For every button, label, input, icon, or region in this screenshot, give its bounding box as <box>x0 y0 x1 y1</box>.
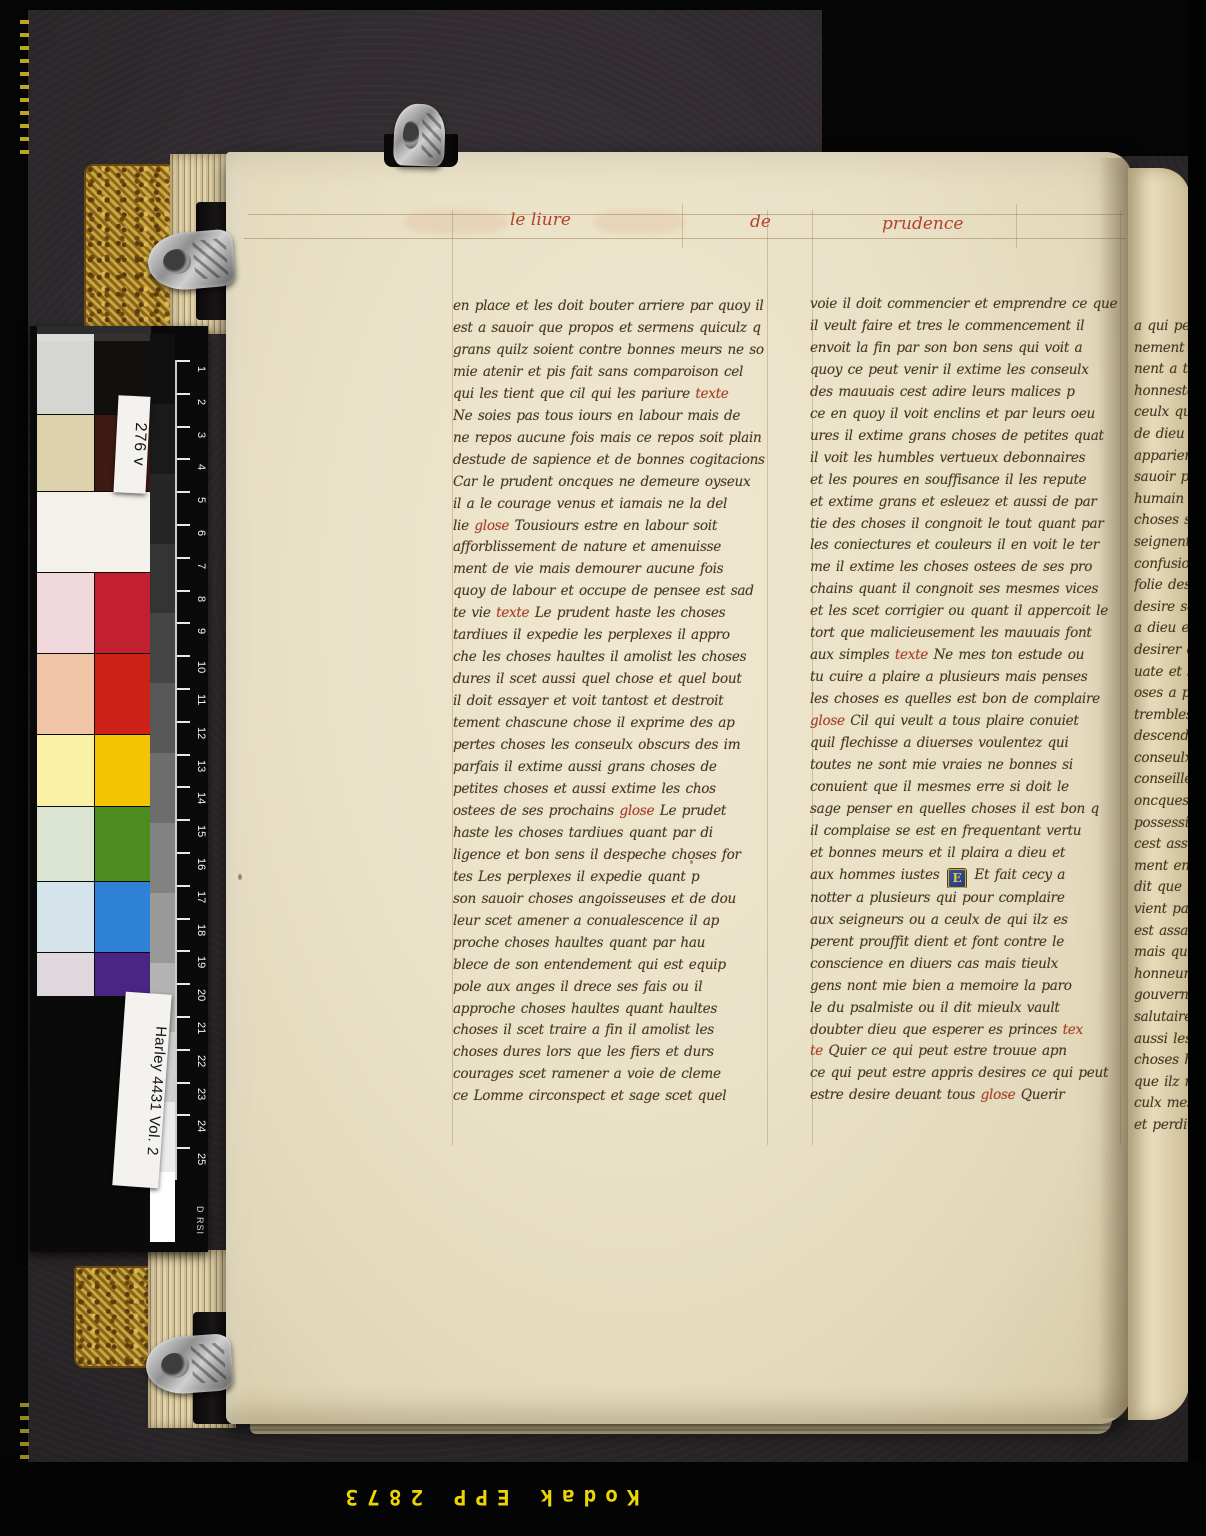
gray-step <box>150 404 175 474</box>
manuscript-line: pertes choses les conseulx obscurs des i… <box>453 735 767 757</box>
manuscript-line: aux simples texte Ne mes ton estude ou <box>810 645 1126 667</box>
ruler-tick <box>177 852 190 854</box>
rubric-word: tex <box>1063 1022 1083 1038</box>
manuscript-line: quil flechisse a diuerses voulentez qui <box>810 733 1126 755</box>
ruler-number: 23 <box>195 1088 207 1100</box>
manuscript-line: confusion et a <box>1134 554 1190 576</box>
ruler-unit: 25 <box>177 1147 210 1180</box>
rubric-word: glose <box>810 713 845 729</box>
manuscript-line: te vie texte Le prudent haste les choses <box>453 603 767 625</box>
ruler-tick <box>177 885 190 887</box>
manuscript-line: culx mesmes <box>1134 1093 1190 1115</box>
manuscript-line: petites choses et aussi extime les chos <box>453 779 767 801</box>
ruler-number: 7 <box>195 563 207 569</box>
manuscript-line: me il extime les choses ostees de ses pr… <box>810 557 1126 579</box>
ruled-line <box>1016 204 1017 248</box>
color-patch-row <box>37 492 151 572</box>
ruler-tick <box>177 950 190 952</box>
manuscript-line: dit que la de <box>1134 877 1190 899</box>
manuscript-line: envoit la fin par son bon sens qui voit … <box>810 338 1126 360</box>
illuminated-initial: E <box>948 869 966 888</box>
ruler-tick <box>177 721 190 723</box>
ruler-number: 16 <box>195 858 207 870</box>
manuscript-line: gouverne pr <box>1134 985 1190 1007</box>
ruler-tick <box>177 458 190 460</box>
ruled-line <box>248 214 1124 215</box>
ruler-unit: 4 <box>177 458 210 491</box>
ruler-number: 25 <box>195 1153 207 1165</box>
rubric-word: texte <box>496 605 529 621</box>
manuscript-line: toutes ne sont mie vraies ne bonnes si <box>810 755 1126 777</box>
manuscript-line: Car le prudent oncques ne demeure oyseux <box>453 472 767 494</box>
manuscript-line: est a sauoir que propos et sermens quicu… <box>453 318 767 340</box>
ruler-unit: 9 <box>177 622 210 655</box>
manuscript-line: doubter dieu que esperer es princes tex <box>810 1020 1126 1042</box>
ruler-number: 21 <box>195 1022 207 1034</box>
manuscript-line: possession dit <box>1134 813 1190 835</box>
manuscript-line: aux seigneurs ou a ceulx de qui ilz es <box>810 910 1126 932</box>
manuscript-line: honneurs soit <box>1134 964 1190 986</box>
running-title-mid: de <box>750 212 771 232</box>
manuscript-line: sauoir parfons <box>1134 467 1190 489</box>
manuscript-line: quoy de labour et occupe de pensee est s… <box>453 581 767 603</box>
manuscript-line: ment de vie mais demourer aucune fois <box>453 559 767 581</box>
manuscript-line: il veult faire et tres le commencement i… <box>810 316 1126 338</box>
manuscript-line: son sauoir choses angoisseuses et de dou <box>453 889 767 911</box>
manuscript-line: Ne soies pas tous iours en labour mais d… <box>453 406 767 428</box>
manuscript-line: salutaires a s <box>1134 1007 1190 1029</box>
ruler-unit: 5 <box>177 491 210 524</box>
gray-step <box>150 753 175 823</box>
gutter-shadow <box>1098 158 1130 1418</box>
color-patch <box>95 573 152 653</box>
ruler-unit: 20 <box>177 983 210 1016</box>
manuscript-line: courages scet ramener a voie de cleme <box>453 1064 767 1086</box>
manuscript-line: tement chascune chose il exprime des ap <box>453 713 767 735</box>
color-patch-row <box>37 654 151 734</box>
ruler-unit: 17 <box>177 885 210 918</box>
manuscript-line: conseulx salut <box>1134 748 1190 770</box>
manuscript-line: dures il scet aussi quel chose et quel b… <box>453 669 767 691</box>
ruler-unit: 10 <box>177 655 210 688</box>
ruler-unit: 3 <box>177 426 210 459</box>
color-patch <box>37 573 94 653</box>
manuscript-line: afforblissement de nature et amenuisse <box>453 537 767 559</box>
manuscript-line: oncques on ne <box>1134 791 1190 813</box>
rubric-word: glose <box>474 518 509 534</box>
ruler-tick <box>177 1049 190 1051</box>
ruler-number: 20 <box>195 989 207 1001</box>
ruler-number: 14 <box>195 792 207 804</box>
ruler-number: 19 <box>195 956 207 968</box>
rubric-word: texte <box>695 386 728 402</box>
ruler-unit: 11 <box>177 688 210 721</box>
rubric-word: te <box>810 1043 823 1059</box>
manuscript-line: sage penser en quelles choses il est bon… <box>810 799 1126 821</box>
color-patch-row <box>37 735 151 806</box>
manuscript-line: vient par for <box>1134 899 1190 921</box>
manuscript-line: quoy ce peut venir il extime les conseul… <box>810 360 1126 382</box>
manuscript-line: en place et les doit bouter arriere par … <box>453 296 767 318</box>
manuscript-line: parfais il extime aussi grans choses de <box>453 757 767 779</box>
ruler-tick <box>177 1147 190 1149</box>
film-frame-edge <box>1188 0 1206 1536</box>
manuscript-line: choses dures lors que les fiers et durs <box>453 1042 767 1064</box>
manuscript-line: notter a plusieurs qui pour complaire <box>810 888 1126 910</box>
manuscript-line: folie desirer c <box>1134 575 1190 597</box>
ruler-unit: 14 <box>177 786 210 819</box>
color-patch <box>37 735 94 806</box>
manuscript-line: et bonnes meurs et il plaira a dieu et <box>810 843 1126 865</box>
metal-clip-top <box>393 103 446 167</box>
manuscript-line: des mauuais cest adire leurs malices p <box>810 382 1126 404</box>
manuscript-line: te Quier ce qui peut estre trouue apn <box>810 1041 1126 1063</box>
ruler-unit: 24 <box>177 1114 210 1147</box>
manuscript-line: il voit les humbles vertueux debonnaires <box>810 448 1126 470</box>
manuscript-page-276v: le liure de prudence en place et les doi… <box>226 152 1132 1424</box>
color-patch-row <box>37 882 151 952</box>
ruler-number: 12 <box>195 727 207 739</box>
color-patch <box>95 882 152 952</box>
manuscript-line: grans quilz soient contre bonnes meurs n… <box>453 340 767 362</box>
manuscript-line: et les scet corrigier ou quant il apperc… <box>810 601 1126 623</box>
gray-step <box>150 334 175 404</box>
manuscript-line: proche choses haultes quant par hau <box>453 933 767 955</box>
manuscript-line: de dieu et des <box>1134 424 1190 446</box>
ruler-number: 9 <box>195 628 207 634</box>
ruler-tick <box>177 754 190 756</box>
film-edge-marks <box>20 1396 29 1472</box>
film-frame-corner <box>822 0 1206 156</box>
facing-page-edge: a qui peut estonement et deenent a tout … <box>1128 168 1190 1420</box>
manuscript-line: et les poures en souffisance il les repu… <box>810 470 1126 492</box>
gray-step <box>150 683 175 753</box>
color-patch <box>37 807 94 881</box>
ruler-scale: 1234567891011121314151617181920212223242… <box>175 360 210 1180</box>
ruler-number: 18 <box>195 924 207 936</box>
text-column-facing: a qui peut estonement et deenent a tout … <box>1134 316 1190 1146</box>
manuscript-line: qui les tient que cil qui les pariure te… <box>453 384 767 406</box>
manuscript-line: tardiues il expedie les perplexes il app… <box>453 625 767 647</box>
ruler-tick <box>177 524 190 526</box>
ruler: 1234567891011121314151617181920212223242… <box>175 326 208 1252</box>
ruler-number: 15 <box>195 825 207 837</box>
manuscript-line: et perdirent <box>1134 1115 1190 1137</box>
manuscript-line: conuient que il mesmes erre si doit le <box>810 777 1126 799</box>
manuscript-line: honnestete e <box>1134 381 1190 403</box>
manuscript-line: ures il extime grans choses de petites q… <box>810 426 1126 448</box>
color-patch <box>37 415 94 491</box>
ruler-number: 3 <box>195 432 207 438</box>
manuscript-line: le du psalmiste ou il dit mieulx vault <box>810 998 1126 1020</box>
manuscript-line: ne repos aucune fois mais ce repos soit … <box>453 428 767 450</box>
manuscript-line: pole aux anges il drece ses fais ou il <box>453 977 767 999</box>
manuscript-line: ce Lomme circonspect et sage scet quel <box>453 1086 767 1108</box>
ruler-unit: 6 <box>177 524 210 557</box>
ruler-tick <box>177 918 190 920</box>
color-patch-row <box>37 807 151 881</box>
manuscript-line: mais quant il <box>1134 942 1190 964</box>
manuscript-line: ostees de ses prochains glose Le prudet <box>453 801 767 823</box>
color-patch <box>37 882 94 952</box>
ruler-number: 11 <box>195 694 207 705</box>
manuscript-line: uate et sembl <box>1134 662 1190 684</box>
color-patch <box>95 953 152 996</box>
film-stock-label: Kodak EPP 2873 <box>282 1480 694 1514</box>
ruler-unit: 19 <box>177 950 210 983</box>
color-patch <box>95 654 152 734</box>
rubric-word: texte <box>895 647 928 663</box>
color-patch <box>95 735 152 806</box>
gray-step <box>150 474 175 544</box>
manuscript-line: ce qui peut estre appris desires ce qui … <box>810 1063 1126 1085</box>
manuscript-line: conseille que l <box>1134 769 1190 791</box>
ruler-unit: 8 <box>177 590 210 623</box>
manuscript-line: les coniectures et couleurs il en voit l… <box>810 535 1126 557</box>
manuscript-line: ce en quoy il voit enclins et par leurs … <box>810 404 1126 426</box>
manuscript-line: haste les choses tardiues quant par di <box>453 823 767 845</box>
ruler-unit: 15 <box>177 819 210 852</box>
manuscript-line: il complaise se est en frequentant vertu <box>810 821 1126 843</box>
manuscript-line: aussi les cont <box>1134 1029 1190 1051</box>
ruler-tick <box>177 590 190 592</box>
manuscript-line: che les choses haultes il amolist les ch… <box>453 647 767 669</box>
ruler-number: 4 <box>195 464 207 470</box>
show-through-smudge <box>404 210 508 234</box>
manuscript-line: desire sont cho <box>1134 597 1190 619</box>
ruler-tick <box>177 393 190 395</box>
manuscript-line: gens nont mie bien a memoire la paro <box>810 976 1126 998</box>
gray-step <box>150 613 175 683</box>
manuscript-line: perent prouffit dient et font contre le <box>810 932 1126 954</box>
manuscript-line: les choses es quelles est bon de complai… <box>810 689 1126 711</box>
manuscript-line: ligence et bon sens il despeche choses f… <box>453 845 767 867</box>
manuscript-line: choses si obscur <box>1134 510 1190 532</box>
ruler-unit: 16 <box>177 852 210 885</box>
manuscript-line: il doit essayer et voit tantost et destr… <box>453 691 767 713</box>
color-patch-row <box>37 573 151 653</box>
ruler-number: 13 <box>195 760 207 772</box>
manuscript-line: tort que malicieusement les mauuais font <box>810 623 1126 645</box>
manuscript-line: apparient et q <box>1134 446 1190 468</box>
manuscript-line: humain ne pe <box>1134 489 1190 511</box>
manuscript-line: choses haulte et <box>1134 1050 1190 1072</box>
manuscript-line: glose Cil qui veult a tous plaire conuie… <box>810 711 1126 733</box>
color-patch <box>37 953 94 996</box>
manuscript-line: que ilz ne ses <box>1134 1072 1190 1094</box>
manuscript-line: seignent et ch <box>1134 532 1190 554</box>
ruler-unit: 22 <box>177 1049 210 1082</box>
ruler-footer-label: D RSI <box>195 1206 205 1235</box>
rubric-word: glose <box>619 803 654 819</box>
manuscript-line: ceulx qui plus <box>1134 402 1190 424</box>
manuscript-line: cest assauoir <box>1134 834 1190 856</box>
manuscript-line: voie il doit commencier et emprendre ce … <box>810 294 1126 316</box>
ruler-tick <box>177 491 190 493</box>
film-edge-marks <box>20 16 29 154</box>
parchment-speck <box>238 874 242 880</box>
ruler-tick <box>177 426 190 428</box>
rubric-word: glose <box>981 1087 1016 1103</box>
ruler-number: 17 <box>195 891 207 903</box>
manuscript-line: ment en parol <box>1134 856 1190 878</box>
ruler-tick <box>177 655 190 657</box>
ruler-unit: 21 <box>177 1016 210 1049</box>
color-patch-row <box>37 953 151 996</box>
ruler-tick <box>177 1082 190 1084</box>
ruler-unit: 13 <box>177 754 210 787</box>
manuscript-line: chains quant il congnoit ses mesmes vice… <box>810 579 1126 601</box>
manuscript-line: lie glose Tousiours estre en labour soit <box>453 516 767 538</box>
tape-shine <box>37 326 151 341</box>
manuscript-line: desirer comme <box>1134 640 1190 662</box>
ruler-unit: 2 <box>177 393 210 426</box>
parchment-speck <box>690 860 693 864</box>
manuscript-line: conscience en diuers cas mais tieulx <box>810 954 1126 976</box>
ruler-unit: 7 <box>177 557 210 590</box>
manuscript-line: tu cuire a plaire a plusieurs mais pense… <box>810 667 1126 689</box>
ruler-tick <box>177 622 190 624</box>
ruler-number: 1 <box>195 366 207 372</box>
color-patch <box>37 492 151 572</box>
manuscript-line: blece de son entendement qui est equip <box>453 955 767 977</box>
color-patch <box>95 807 152 881</box>
ruler-tick <box>177 360 190 362</box>
ruler-unit: 23 <box>177 1082 210 1115</box>
manuscript-line: leur scet amener a conualescence il ap <box>453 911 767 933</box>
manuscript-line: mie atenir et pis fait sans comparoison … <box>453 362 767 384</box>
color-patch <box>37 654 94 734</box>
text-column-2: voie il doit commencier et emprendre ce … <box>810 294 1126 1112</box>
ruler-tick <box>177 688 190 690</box>
manuscript-line: tes Les perplexes il expedie quant p <box>453 867 767 889</box>
ruler-number: 6 <box>195 530 207 536</box>
ruler-tick <box>177 819 190 821</box>
ruler-number: 5 <box>195 497 207 503</box>
ruler-number: 2 <box>195 399 207 405</box>
manuscript-line: tie des choses il congnoit le tout quant… <box>810 514 1126 536</box>
manuscript-photograph: le liure de prudence en place et les doi… <box>0 0 1206 1536</box>
manuscript-line: aux hommes iustes E Et fait cecy a <box>810 865 1126 888</box>
ruled-line <box>767 210 768 1145</box>
text-column-1: en place et les doit bouter arriere par … <box>453 296 767 1114</box>
manuscript-line: destude de sapience et de bonnes cogitac… <box>453 450 767 472</box>
gray-step <box>150 544 175 614</box>
ruler-tick <box>177 983 190 985</box>
manuscript-line: nement et dee <box>1134 338 1190 360</box>
ruler-unit: 18 <box>177 918 210 951</box>
ruler-unit: 12 <box>177 721 210 754</box>
manuscript-line: a qui peut esto <box>1134 316 1190 338</box>
ruler-number: 24 <box>195 1120 207 1132</box>
color-patch <box>37 334 94 414</box>
manuscript-line: approche choses haultes quant haultes <box>453 999 767 1021</box>
running-title-right: prudence <box>882 214 963 234</box>
ruler-number: 10 <box>195 661 207 673</box>
ruled-line <box>244 238 1126 239</box>
ruler-number: 22 <box>195 1055 207 1067</box>
ruler-tick <box>177 557 190 559</box>
manuscript-line: est assauoir <box>1134 921 1190 943</box>
folio-number-sticker: 276 v <box>113 395 150 494</box>
running-title-left: le liure <box>510 210 571 230</box>
ruler-tick <box>177 1114 190 1116</box>
ruler-tick <box>177 1016 190 1018</box>
manuscript-line: choses il scet traire a fin il amolist l… <box>453 1020 767 1042</box>
manuscript-line: et extime grans et esleuez et aussi de p… <box>810 492 1126 514</box>
manuscript-line: a dieu et au <box>1134 618 1190 640</box>
manuscript-line: descendant do <box>1134 726 1190 748</box>
manuscript-line: estre desire deuant tous glose Querir <box>810 1085 1126 1107</box>
color-calibration-card: 1234567891011121314151617181920212223242… <box>30 326 208 1252</box>
ruler-tick <box>177 786 190 788</box>
manuscript-line: il a le courage venus et iamais ne la de… <box>453 494 767 516</box>
show-through-smudge <box>594 210 684 234</box>
gray-step <box>150 893 175 963</box>
ruler-unit: 1 <box>177 360 210 393</box>
manuscript-line: trembles toy a <box>1134 705 1190 727</box>
manuscript-line: nent a tout ho <box>1134 359 1190 381</box>
manuscript-line: oses a plus ho <box>1134 683 1190 705</box>
gray-step <box>150 823 175 893</box>
ruler-number: 8 <box>195 596 207 602</box>
